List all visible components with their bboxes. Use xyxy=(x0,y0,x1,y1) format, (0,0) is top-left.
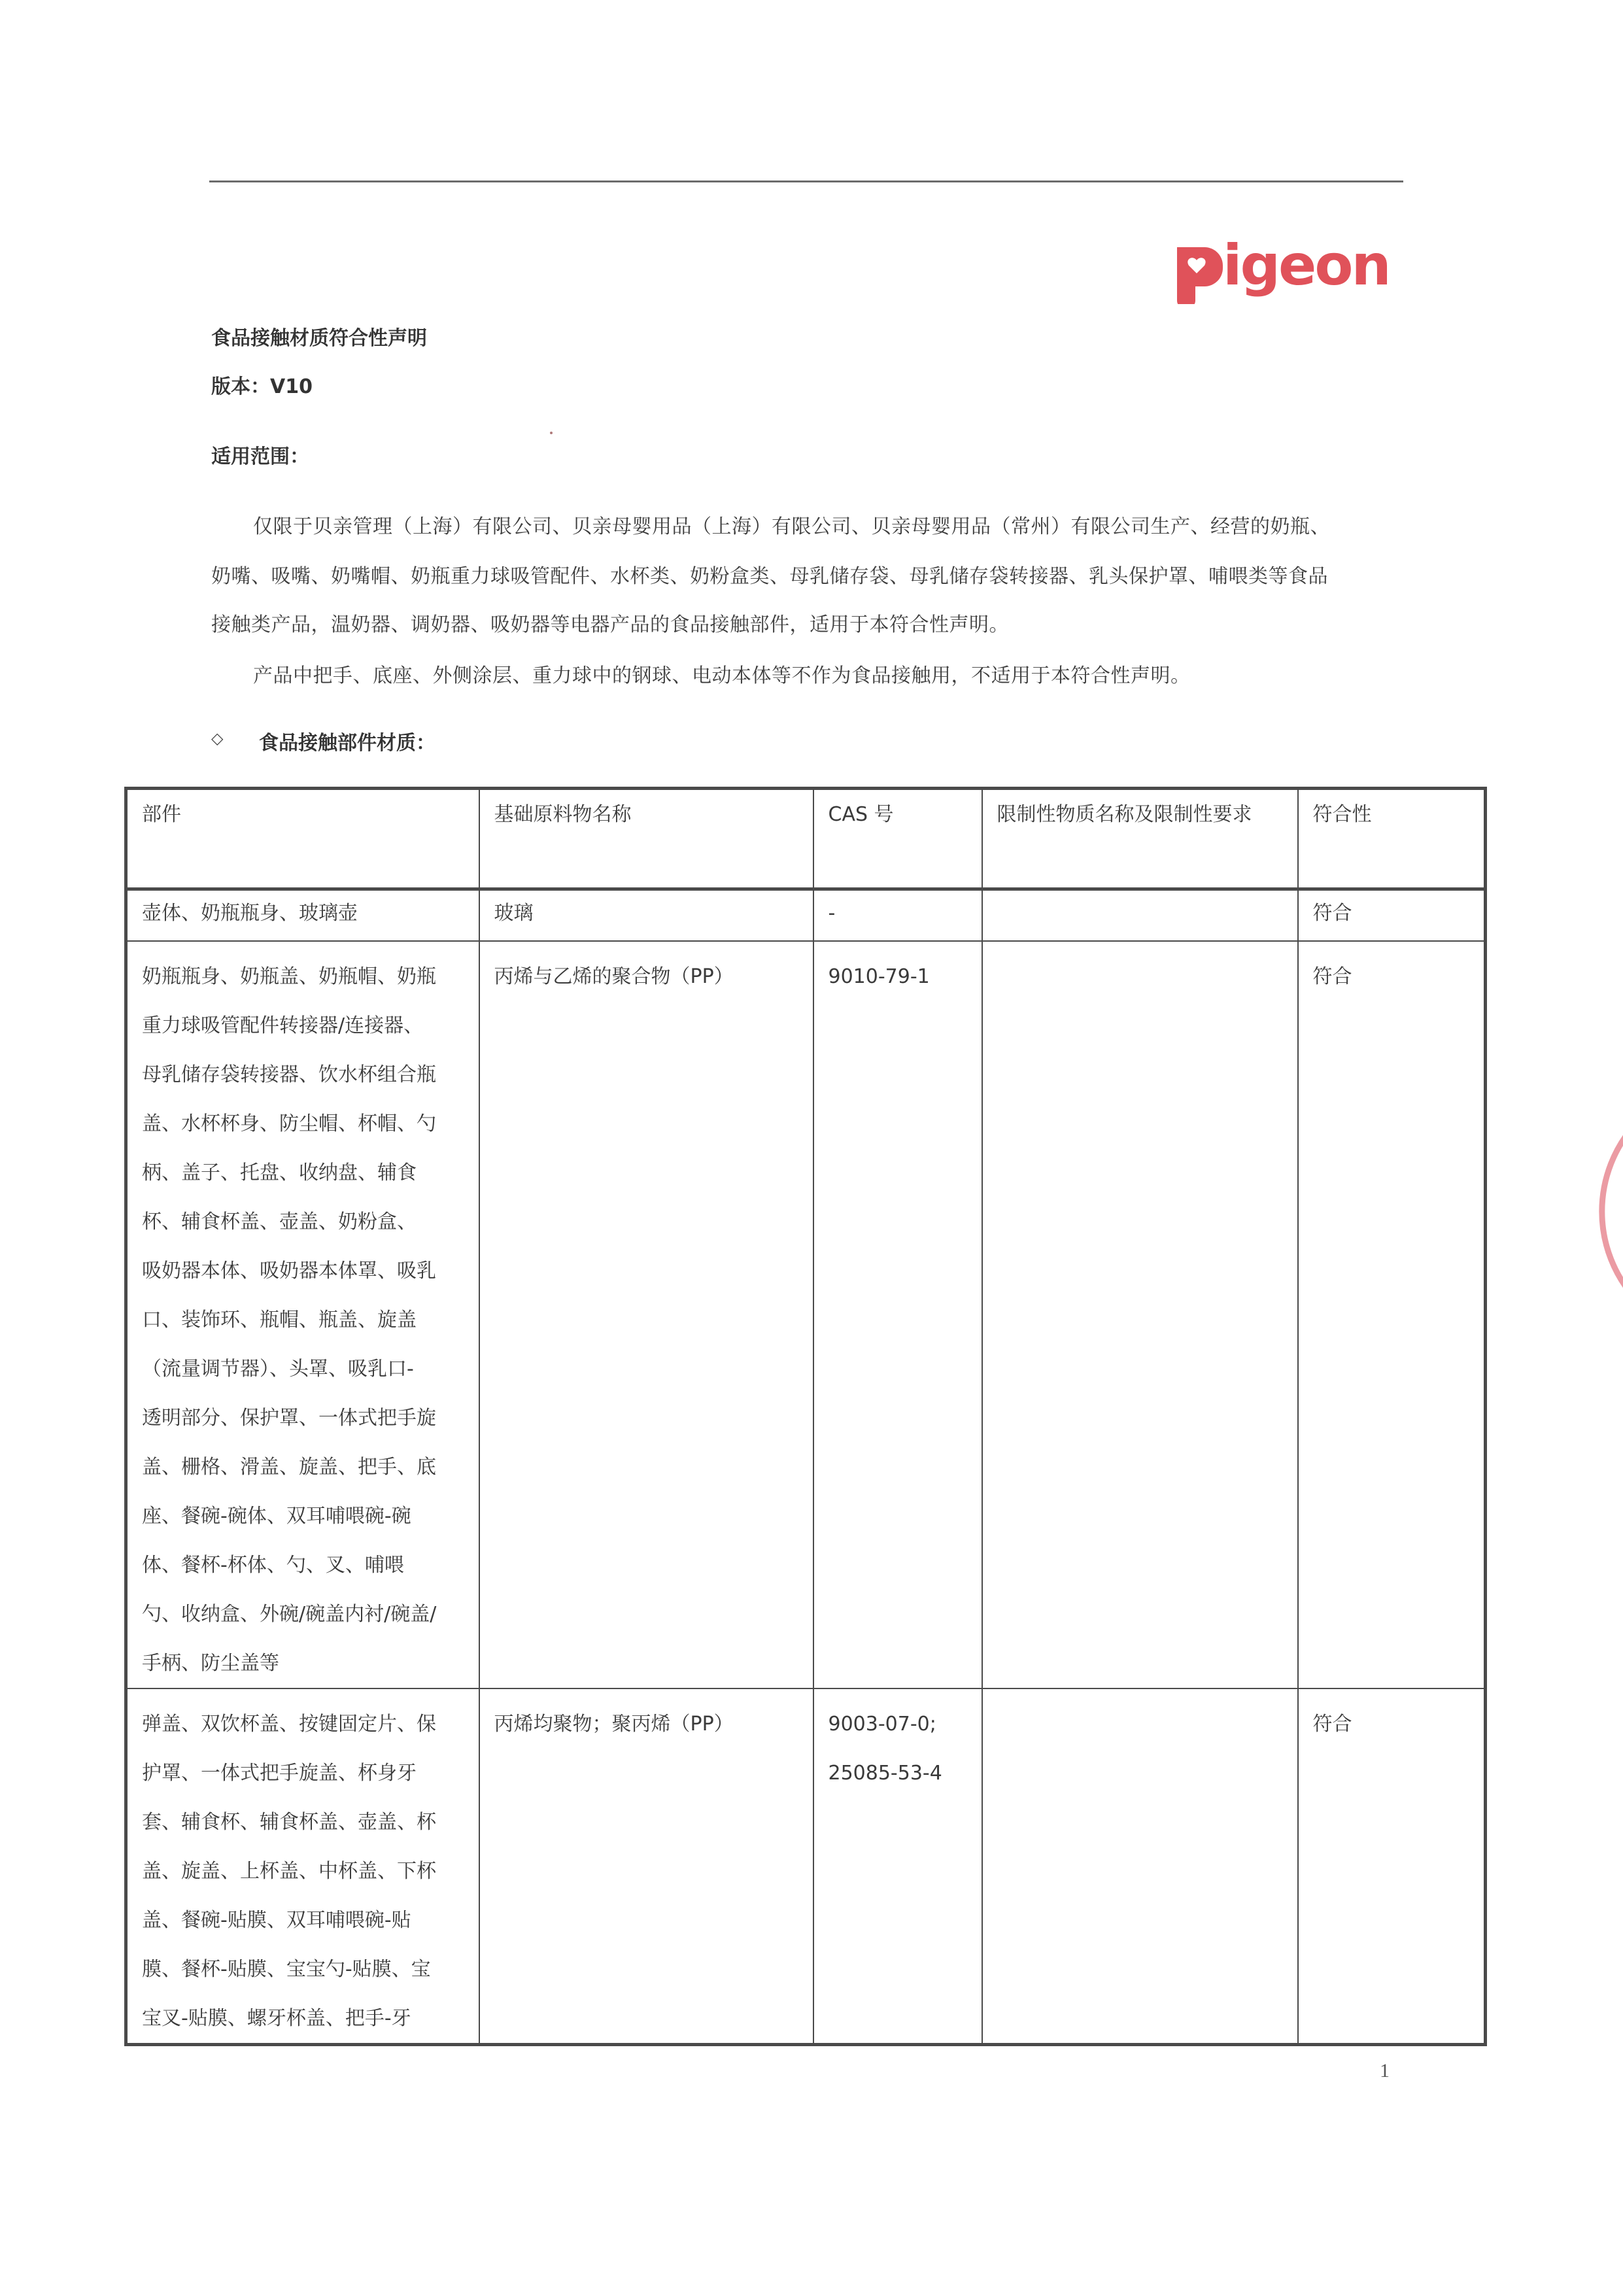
part-line: 透明部分、保护罩、一体式把手旋 xyxy=(142,1394,464,1443)
part-line: 宝叉-贴膜、螺牙杯盖、把手-牙 xyxy=(142,1994,464,2043)
cell-cas: 9010-79-1 xyxy=(813,941,982,1688)
part-line: 壶体、奶瓶瓶身、玻璃壶 xyxy=(142,900,464,927)
version-label: 版本： xyxy=(211,375,270,398)
scope-heading: 适用范围： xyxy=(211,440,309,469)
part-line: （流量调节器）、头罩、吸乳口- xyxy=(142,1345,464,1394)
cas-line: 9010-79-1 xyxy=(829,952,967,1001)
part-line: 柄、盖子、托盘、收纳盘、辅食 xyxy=(142,1148,464,1197)
part-line: 体、餐杯-杯体、勺、叉、哺喂 xyxy=(142,1541,464,1590)
pigeon-logo: igeon xyxy=(1172,222,1394,304)
page-number: 1 xyxy=(1380,2060,1390,2082)
scope-paragraph-line-1: 仅限于贝亲管理（上海）有限公司、贝亲母婴用品（上海）有限公司、贝亲母婴用品（常州… xyxy=(253,510,1330,539)
cell-restriction xyxy=(982,1688,1298,2045)
table-row: 奶瓶瓶身、奶瓶盖、奶瓶帽、奶瓶 重力球吸管配件转接器/连接器、 母乳储存袋转接器… xyxy=(126,941,1486,1688)
svg-text:igeon: igeon xyxy=(1223,233,1390,298)
materials-heading: 食品接触部件材质： xyxy=(259,727,436,755)
seal-arc-icon xyxy=(1573,1112,1623,1308)
header-cas-number: CAS 号 xyxy=(813,789,982,889)
cell-part: 弹盖、双饮杯盖、按键固定片、保 护罩、一体式把手旋盖、杯身牙 套、辅食杯、辅食杯… xyxy=(126,1688,479,2045)
scope-paragraph-line-2: 奶嘴、吸嘴、奶嘴帽、奶瓶重力球吸管配件、水杯类、奶粉盒类、母乳储存袋、母乳储存袋… xyxy=(211,560,1328,589)
cell-material: 玻璃 xyxy=(479,889,813,941)
part-line: 护罩、一体式把手旋盖、杯身牙 xyxy=(142,1749,464,1798)
cell-cas: 9003-07-0; 25085-53-4 xyxy=(813,1688,982,2045)
part-line: 套、辅食杯、辅食杯盖、壶盖、杯 xyxy=(142,1798,464,1847)
header-compliance: 符合性 xyxy=(1298,789,1486,889)
part-line: 盖、水杯杯身、防尘帽、杯帽、勺 xyxy=(142,1099,464,1148)
cell-cas: - xyxy=(813,889,982,941)
header-base-material: 基础原料物名称 xyxy=(479,789,813,889)
scan-speck xyxy=(550,432,553,434)
diamond-bullet-icon: ◇ xyxy=(211,729,223,747)
cell-compliance: 符合 xyxy=(1298,1688,1486,2045)
table-row: 壶体、奶瓶瓶身、玻璃壶 玻璃 - 符合 xyxy=(126,889,1486,941)
cell-material: 丙烯与乙烯的聚合物（PP） xyxy=(479,941,813,1688)
part-line: 母乳储存袋转接器、饮水杯组合瓶 xyxy=(142,1050,464,1099)
part-line: 奶瓶瓶身、奶瓶盖、奶瓶帽、奶瓶 xyxy=(142,952,464,1001)
table-row: 弹盖、双饮杯盖、按键固定片、保 护罩、一体式把手旋盖、杯身牙 套、辅食杯、辅食杯… xyxy=(126,1688,1486,2045)
cas-line: 9003-07-0; xyxy=(829,1700,967,1749)
part-line: 弹盖、双饮杯盖、按键固定片、保 xyxy=(142,1700,464,1749)
cell-compliance: 符合 xyxy=(1298,889,1486,941)
company-seal-stamp xyxy=(1573,1112,1623,1308)
part-line: 口、装饰环、瓶帽、瓶盖、旋盖 xyxy=(142,1295,464,1345)
header-restriction: 限制性物质名称及限制性要求 xyxy=(982,789,1298,889)
materials-table: 部件 基础原料物名称 CAS 号 限制性物质名称及限制性要求 符合性 壶体、奶瓶… xyxy=(124,787,1487,2046)
table-header-row: 部件 基础原料物名称 CAS 号 限制性物质名称及限制性要求 符合性 xyxy=(126,789,1486,889)
cell-part: 壶体、奶瓶瓶身、玻璃壶 xyxy=(126,889,479,941)
part-line: 吸奶器本体、吸奶器本体罩、吸乳 xyxy=(142,1246,464,1295)
version-line: 版本：V10 xyxy=(211,370,313,399)
part-line: 重力球吸管配件转接器/连接器、 xyxy=(142,1001,464,1050)
part-line: 座、餐碗-碗体、双耳哺喂碗-碗 xyxy=(142,1492,464,1541)
part-line: 手柄、防尘盖等 xyxy=(142,1639,464,1688)
cell-part: 奶瓶瓶身、奶瓶盖、奶瓶帽、奶瓶 重力球吸管配件转接器/连接器、 母乳储存袋转接器… xyxy=(126,941,479,1688)
header-divider xyxy=(209,180,1403,182)
scope-paragraph-line-3: 接触类产品，温奶器、调奶器、吸奶器等电器产品的食品接触部件，适用于本符合性声明。 xyxy=(211,608,1009,637)
part-line: 勺、收纳盒、外碗/碗盖内衬/碗盖/ xyxy=(142,1590,464,1639)
cell-restriction xyxy=(982,889,1298,941)
exclusion-paragraph: 产品中把手、底座、外侧涂层、重力球中的钢球、电动本体等不作为食品接触用，不适用于… xyxy=(253,659,1191,688)
cas-line: 25085-53-4 xyxy=(829,1749,967,1798)
version-value: V10 xyxy=(270,375,313,398)
part-line: 盖、餐碗-贴膜、双耳哺喂碗-贴 xyxy=(142,1896,464,1945)
cell-restriction xyxy=(982,941,1298,1688)
cell-compliance: 符合 xyxy=(1298,941,1486,1688)
cell-material: 丙烯均聚物；聚丙烯（PP） xyxy=(479,1688,813,2045)
header-part: 部件 xyxy=(126,789,479,889)
part-line: 盖、栅格、滑盖、旋盖、把手、底 xyxy=(142,1443,464,1492)
part-line: 膜、餐杯-贴膜、宝宝勺-贴膜、宝 xyxy=(142,1945,464,1994)
cas-line: - xyxy=(829,900,967,927)
part-line: 杯、辅食杯盖、壶盖、奶粉盒、 xyxy=(142,1197,464,1246)
pigeon-logo-icon: igeon xyxy=(1172,222,1394,304)
part-line: 盖、旋盖、上杯盖、中杯盖、下杯 xyxy=(142,1847,464,1896)
document-title: 食品接触材质符合性声明 xyxy=(211,322,427,351)
